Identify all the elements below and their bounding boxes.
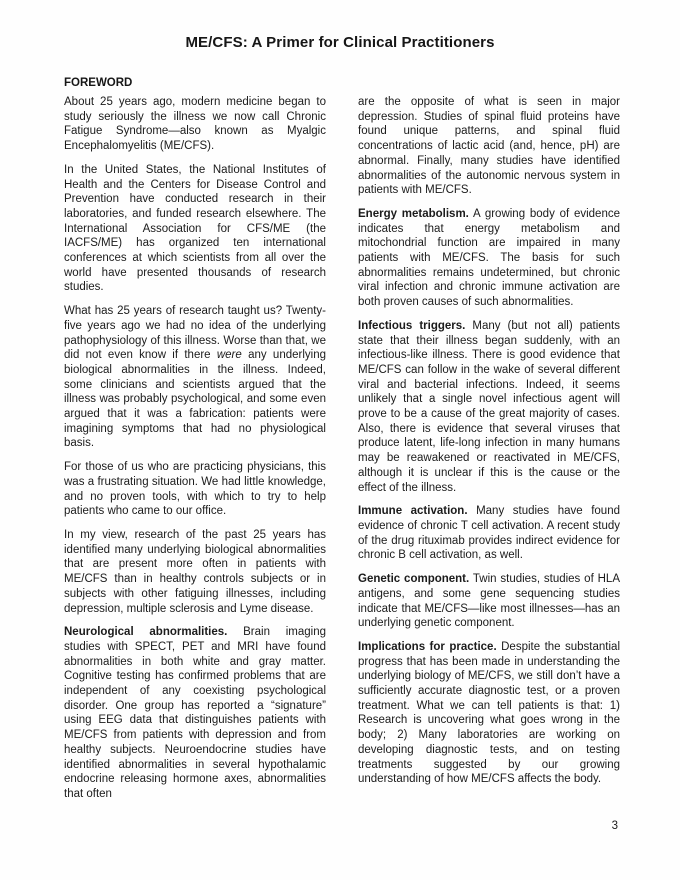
paragraph-lead: Infectious triggers. xyxy=(358,320,465,332)
paragraph-institutions: In the United States, the National Insti… xyxy=(64,163,326,295)
paragraph-text: any underlying biological abnormalities … xyxy=(64,349,326,449)
paragraph-lead: Genetic component. xyxy=(358,573,469,585)
paragraph-neurological-continued: are the opposite of what is seen in majo… xyxy=(358,95,620,198)
left-column: About 25 years ago, modern medicine bega… xyxy=(64,95,326,811)
paragraph-text: About 25 years ago, modern medicine bega… xyxy=(64,96,326,152)
document-page: ME/CFS: A Primer for Clinical Practition… xyxy=(0,0,680,880)
paragraph-text: are the opposite of what is seen in majo… xyxy=(358,96,620,196)
paragraph-infectious-triggers: Infectious triggers. Many (but not all) … xyxy=(358,319,620,495)
paragraph-genetic-component: Genetic component. Twin studies, studies… xyxy=(358,572,620,631)
paragraph-neurological-abnormalities: Neurological abnormalities. Brain imagin… xyxy=(64,625,326,801)
section-heading-foreword: FOREWORD xyxy=(0,51,680,95)
right-column: are the opposite of what is seen in majo… xyxy=(358,95,620,811)
paragraph-text: Many (but not all) patients state that t… xyxy=(358,320,620,494)
paragraph-text: In my view, research of the past 25 year… xyxy=(64,529,326,615)
paragraph-lead: Immune activation. xyxy=(358,505,468,517)
paragraph-text: For those of us who are practicing physi… xyxy=(64,461,326,517)
paragraph-view: In my view, research of the past 25 year… xyxy=(64,528,326,616)
paragraph-text: Despite the substantial progress that ha… xyxy=(358,641,620,785)
paragraph-lead: Neurological abnormalities. xyxy=(64,626,227,638)
two-column-layout: About 25 years ago, modern medicine bega… xyxy=(0,95,680,811)
page-title: ME/CFS: A Primer for Clinical Practition… xyxy=(0,0,680,51)
page-number: 3 xyxy=(612,820,618,832)
paragraph-text: Brain imaging studies with SPECT, PET an… xyxy=(64,626,326,800)
paragraph-immune-activation: Immune activation. Many studies have fou… xyxy=(358,504,620,563)
italic-word: were xyxy=(217,349,242,361)
paragraph-text: A growing body of evidence indicates tha… xyxy=(358,208,620,308)
paragraph-physicians: For those of us who are practicing physi… xyxy=(64,460,326,519)
paragraph-text: In the United States, the National Insti… xyxy=(64,164,326,294)
paragraph-lead: Implications for practice. xyxy=(358,641,497,653)
paragraph-lead: Energy metabolism. xyxy=(358,208,469,220)
paragraph-intro: About 25 years ago, modern medicine bega… xyxy=(64,95,326,154)
paragraph-research-history: What has 25 years of research taught us?… xyxy=(64,304,326,451)
paragraph-energy-metabolism: Energy metabolism. A growing body of evi… xyxy=(358,207,620,310)
paragraph-implications: Implications for practice. Despite the s… xyxy=(358,640,620,787)
